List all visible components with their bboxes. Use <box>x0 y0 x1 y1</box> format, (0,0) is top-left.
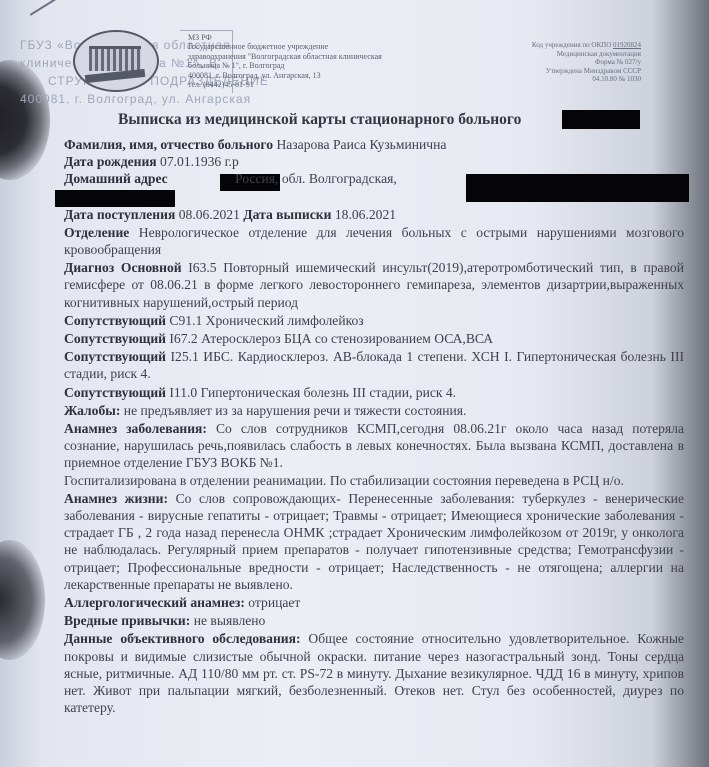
ribbon-icon <box>85 69 146 83</box>
form-ref-line: Утверждена Минздравом СССР <box>532 67 641 76</box>
comorbidity-row: Сопутствующий C91.1 Хронический лимфолей… <box>64 312 684 329</box>
building-icon <box>89 46 141 71</box>
institution-line: 400081, г. Волгоград, ул. Ангарская, 13 <box>188 71 382 80</box>
patient-name-row: Фамилия, имя, отчество больного Назарова… <box>64 136 684 153</box>
address-row: Домашний адрес Россия, обл. Волгоградска… <box>64 170 684 187</box>
complaints-row: Жалобы: не предъявляет из за нарушения р… <box>64 402 684 419</box>
admission-row: Дата поступления 08.06.2021 Дата выписки… <box>64 206 684 223</box>
comorbidity-row: Сопутствующий I11.0 Гипертоническая боле… <box>64 384 684 401</box>
institution-line: больница № 1", г. Волгоград <box>188 61 382 70</box>
document-body: Фамилия, имя, отчество больного Назарова… <box>64 136 684 717</box>
institution-line: тел. (8442)45-81-91 <box>188 80 382 89</box>
dob-value: 07.01.1936 г.р <box>160 154 239 169</box>
institution-line: МЗ РФ <box>188 33 382 42</box>
hospital-logo-icon <box>73 30 159 92</box>
objective-exam-row: Данные объективного обследования: Общее … <box>64 630 684 716</box>
comorbidity-row: Сопутствующий I67.2 Атеросклероз БЦА со … <box>64 330 684 347</box>
dob-row: Дата рождения 07.01.1936 г.р <box>64 153 684 170</box>
okpo-code: 01920824 <box>613 41 641 49</box>
life-history-row: Анамнез жизни: Со слов сопровождающих- П… <box>64 490 684 593</box>
comorbidity-row: Сопутствующий I25.1 ИБС. Кардиосклероз. … <box>64 348 684 382</box>
form-ref-line: Форма № 027/у <box>532 58 641 67</box>
pen-mark <box>30 0 57 16</box>
institution-line: здравоохранения "Волгоградская областная… <box>188 52 382 61</box>
ink-smudge <box>0 60 50 180</box>
document-title: Выписка из медицинской карты стационарно… <box>118 111 521 129</box>
department-row: Отделение Неврологическое отделение для … <box>64 224 684 258</box>
faded-stamp-line: 400081, г. Волгоград, ул. Ангарская <box>20 92 251 106</box>
form-reference: Код учреждения по ОКПО 01920824 Медицинс… <box>532 41 641 84</box>
redaction-card-number <box>562 110 640 129</box>
bad-habits-row: Вредные привычки: не выявлено <box>64 612 684 629</box>
ink-smudge <box>0 540 45 660</box>
address-value: Россия, обл. Волгоградская, <box>235 171 397 186</box>
form-ref-line: 04.10.80 № 1030 <box>532 75 641 84</box>
diagnosis-row: Диагноз Основной I63.5 Повторный ишемиче… <box>64 259 684 311</box>
disease-history-continuation: Госпитализирована в отделении реанимации… <box>64 472 684 489</box>
department-value: Неврологическое отделение для лечения бо… <box>64 225 684 257</box>
disease-history-row: Анамнез заболевания: Со слов сотрудников… <box>64 420 684 472</box>
okpo-line: Код учреждения по ОКПО 01920824 <box>532 41 641 50</box>
institution-header: МЗ РФ Государственное бюджетное учрежден… <box>188 33 382 89</box>
form-ref-line: Медицинская документация <box>532 50 641 59</box>
institution-line: Государственное бюджетное учреждение <box>188 42 382 51</box>
admit-date: 08.06.2021 <box>179 207 240 222</box>
allergy-history-row: Аллергологический анамнез: отрицает <box>64 594 684 611</box>
patient-name: Назарова Раиса Кузьминична <box>276 137 446 152</box>
discharge-date: 18.06.2021 <box>335 207 396 222</box>
